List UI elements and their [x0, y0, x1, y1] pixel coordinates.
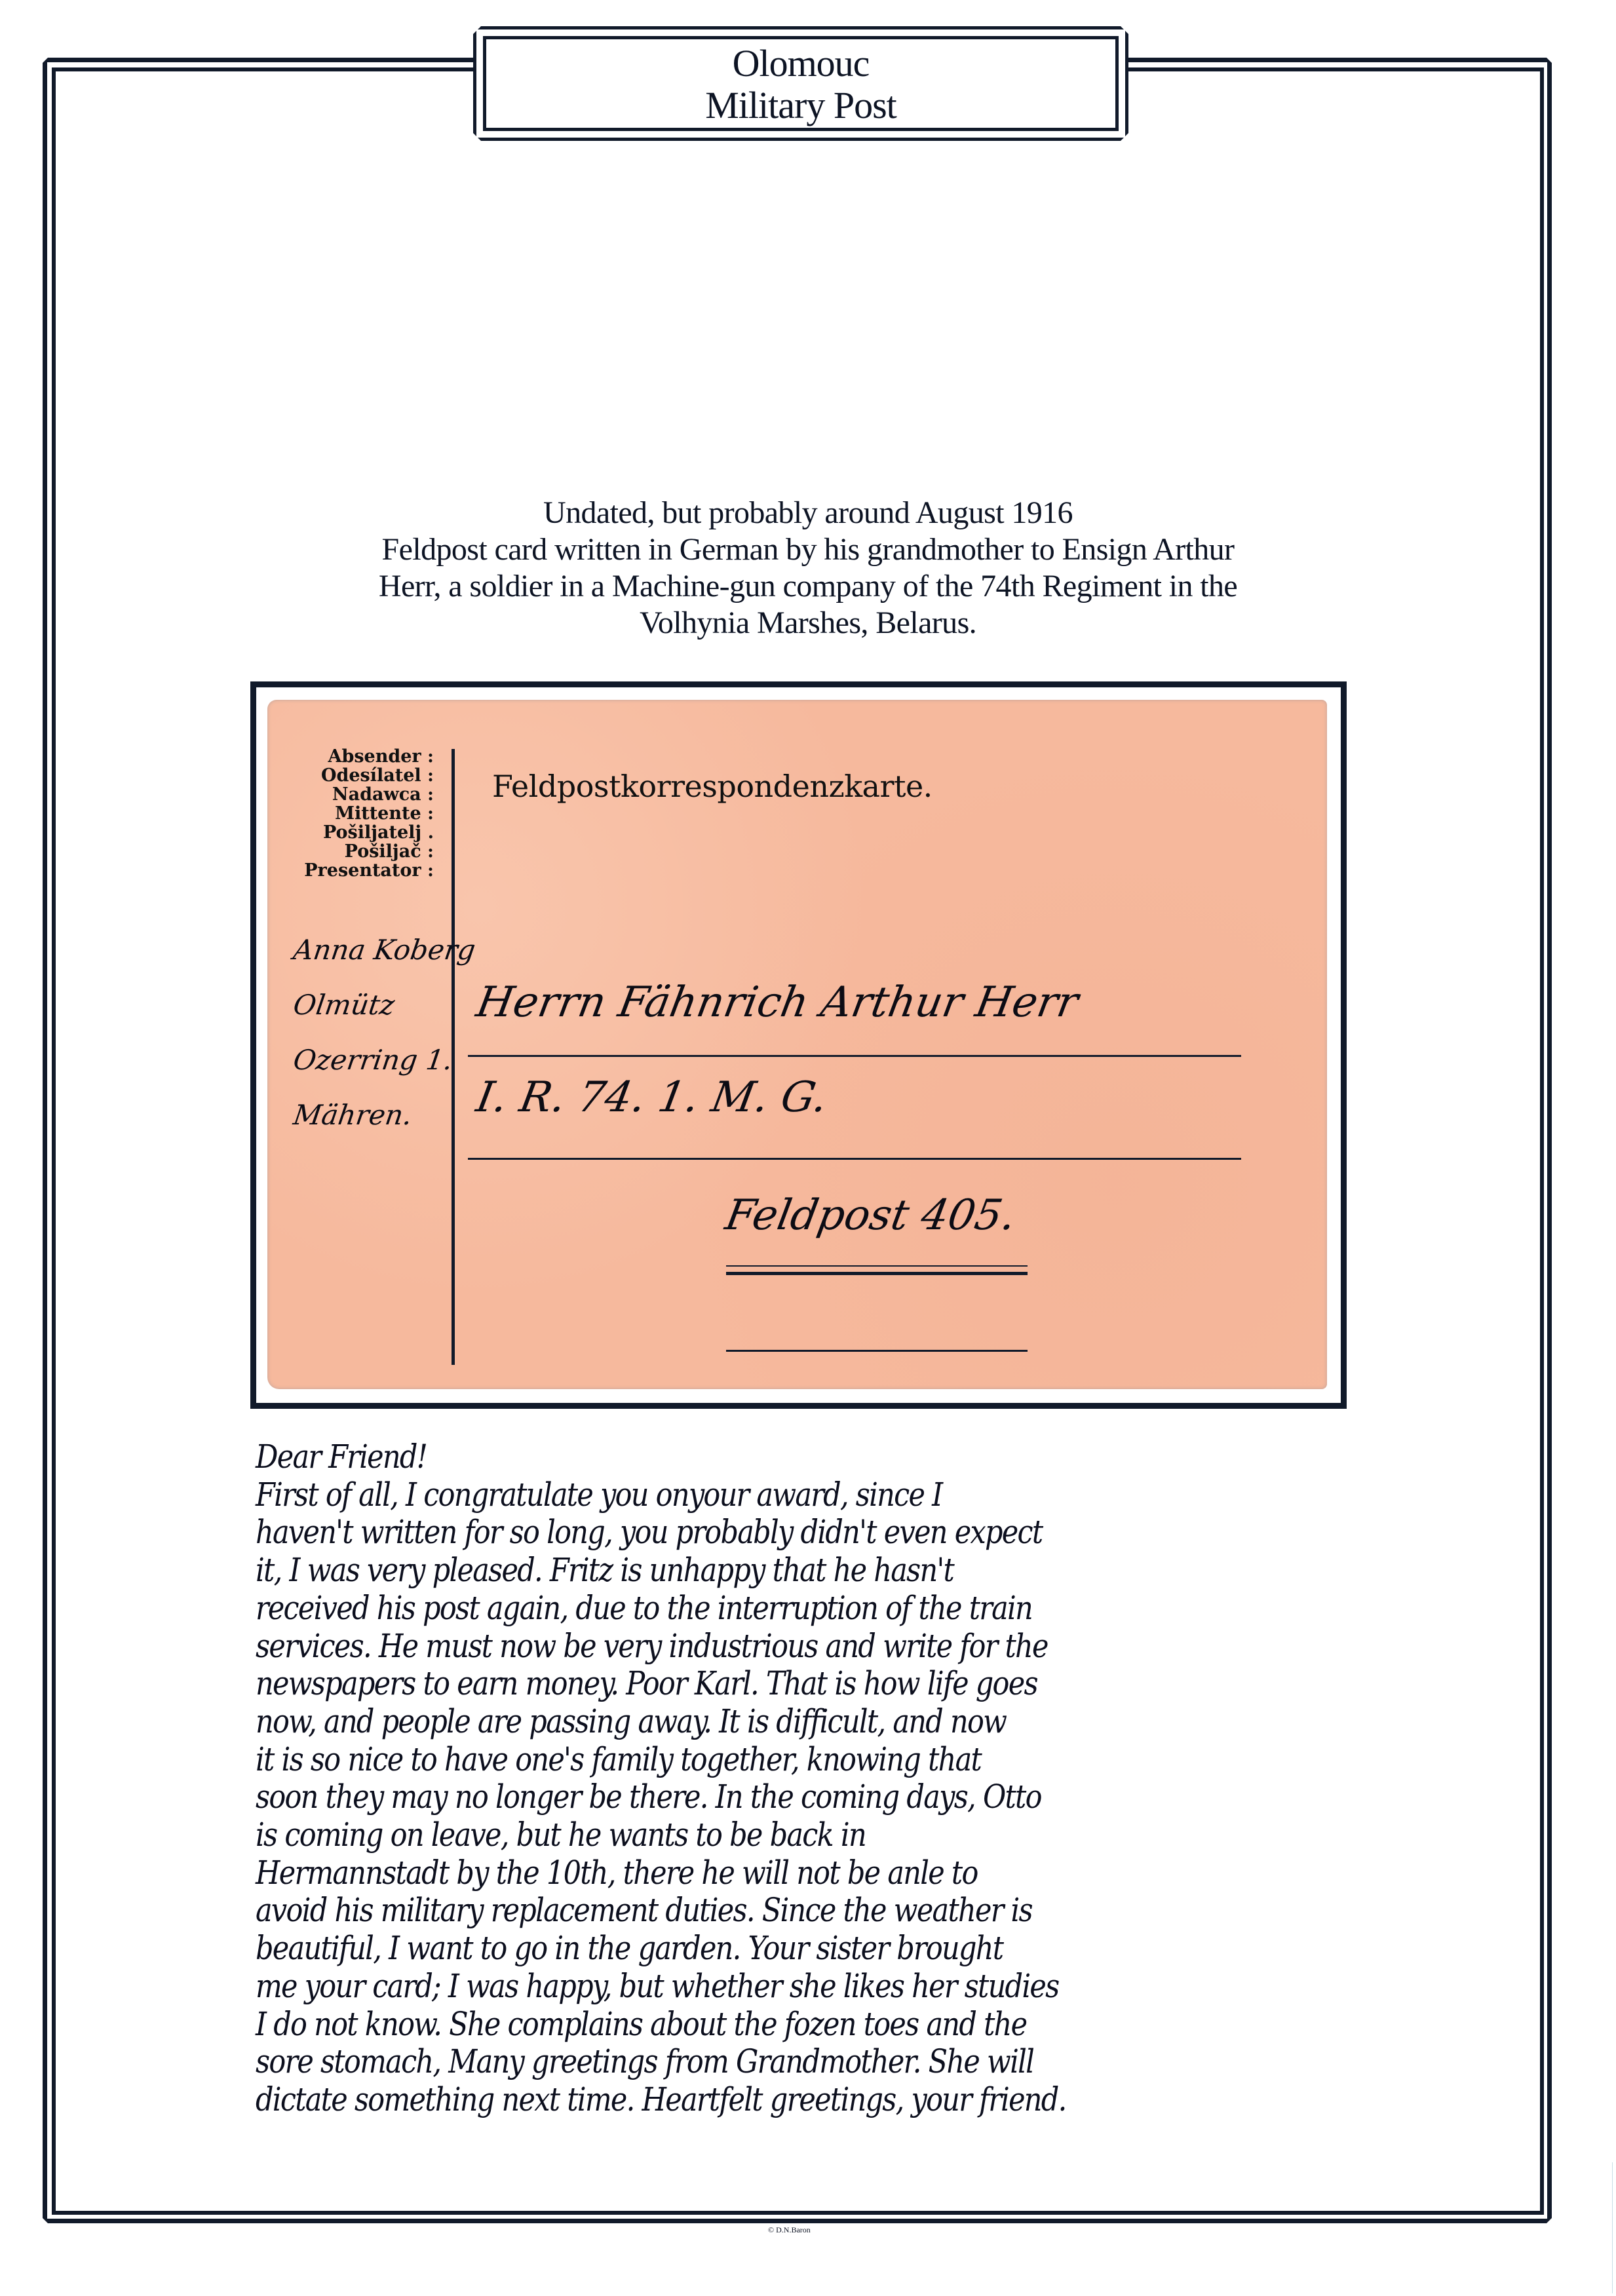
letter-line: me your card; I was happy, but whether s… [256, 1968, 1225, 2006]
sender-name: Anna Koberg [290, 923, 448, 978]
letter-line: sore stomach, Many greetings from Grandm… [256, 2043, 1225, 2081]
address-line-3a [726, 1265, 1028, 1267]
address-line-4 [726, 1350, 1028, 1352]
copyright-notice: © D.N.Baron [768, 2225, 811, 2235]
letter-line: newspapers to earn money. Poor Karl. Tha… [256, 1665, 1225, 1703]
letter-line: Dear Friend! [256, 1438, 1225, 1476]
letter-line: services. He must now be very industriou… [256, 1628, 1225, 1666]
card-title: Feldpostkorrespondenzkarte. [492, 769, 933, 804]
sender-label: Pošiljatelj . [267, 823, 434, 842]
letter-line: received his post again, due to the inte… [256, 1590, 1225, 1628]
sender-labels: Absender : Odesílatel : Nadawca : Mitten… [267, 747, 434, 880]
letter-line: soon they may no longer be there. In the… [256, 1778, 1225, 1816]
scan-edge-line [1612, 2162, 1613, 2293]
letter-line: haven't written for so long, you probabl… [256, 1514, 1225, 1552]
caption-line: Feldpost card written in German by his g… [197, 531, 1419, 568]
page-subtitle: Military Post [705, 85, 896, 126]
address-line-2 [468, 1158, 1241, 1160]
page-title: Olomouc [733, 42, 870, 85]
letter-line: now, and people are passing away. It is … [256, 1703, 1225, 1741]
caption-line: Undated, but probably around August 1916 [197, 495, 1419, 531]
letter-line: beautiful, I want to go in the garden. Y… [256, 1930, 1225, 1968]
sender-label: Presentator : [267, 861, 434, 880]
caption-line: Herr, a soldier in a Machine-gun company… [197, 568, 1419, 605]
recipient-name: Herrn Fähnrich Arthur Herr [472, 978, 1081, 1027]
sender-street: Ozerring 1. [290, 1033, 448, 1088]
letter-line: Hermannstadt by the 10th, there he will … [256, 1854, 1225, 1892]
sender-label: Odesílatel : [267, 766, 434, 785]
address-line-3b [726, 1272, 1028, 1275]
letter-translation: Dear Friend! First of all, I congratulat… [256, 1438, 1383, 2119]
sender-label: Mittente : [267, 804, 434, 823]
recipient-unit: I. R. 74. 1. M. G. [472, 1073, 831, 1122]
sender-region: Mähren. [290, 1088, 448, 1143]
caption-line: Volhynia Marshes, Belarus. [197, 605, 1419, 641]
letter-line: dictate something next time. Heartfelt g… [256, 2081, 1225, 2119]
letter-line: I do not know. She complains about the f… [256, 2006, 1225, 2044]
letter-line: is coming on leave, but he wants to be b… [256, 1816, 1225, 1854]
address-line-1 [468, 1055, 1241, 1057]
letter-line: it is so nice to have one's family toget… [256, 1741, 1225, 1779]
sender-label: Pošiljač : [267, 842, 434, 861]
title-plaque: Olomouc Military Post [473, 26, 1128, 141]
item-description: Undated, but probably around August 1916… [197, 495, 1419, 641]
letter-line: First of all, I congratulate you onyour … [256, 1476, 1225, 1514]
recipient-feldpost: Feldpost 405. [721, 1191, 1019, 1240]
letter-line: it, I was very pleased. Fritz is unhappy… [256, 1552, 1225, 1590]
feldpost-card-image: Absender : Odesílatel : Nadawca : Mitten… [267, 700, 1327, 1389]
sender-label: Nadawca : [267, 785, 434, 804]
sender-city: Olmütz [290, 978, 448, 1033]
sender-handwriting: Anna Koberg Olmütz Ozerring 1. Mähren. [294, 923, 444, 1143]
letter-line: avoid his military replacement duties. S… [256, 1892, 1225, 1930]
sender-label: Absender : [267, 747, 434, 766]
